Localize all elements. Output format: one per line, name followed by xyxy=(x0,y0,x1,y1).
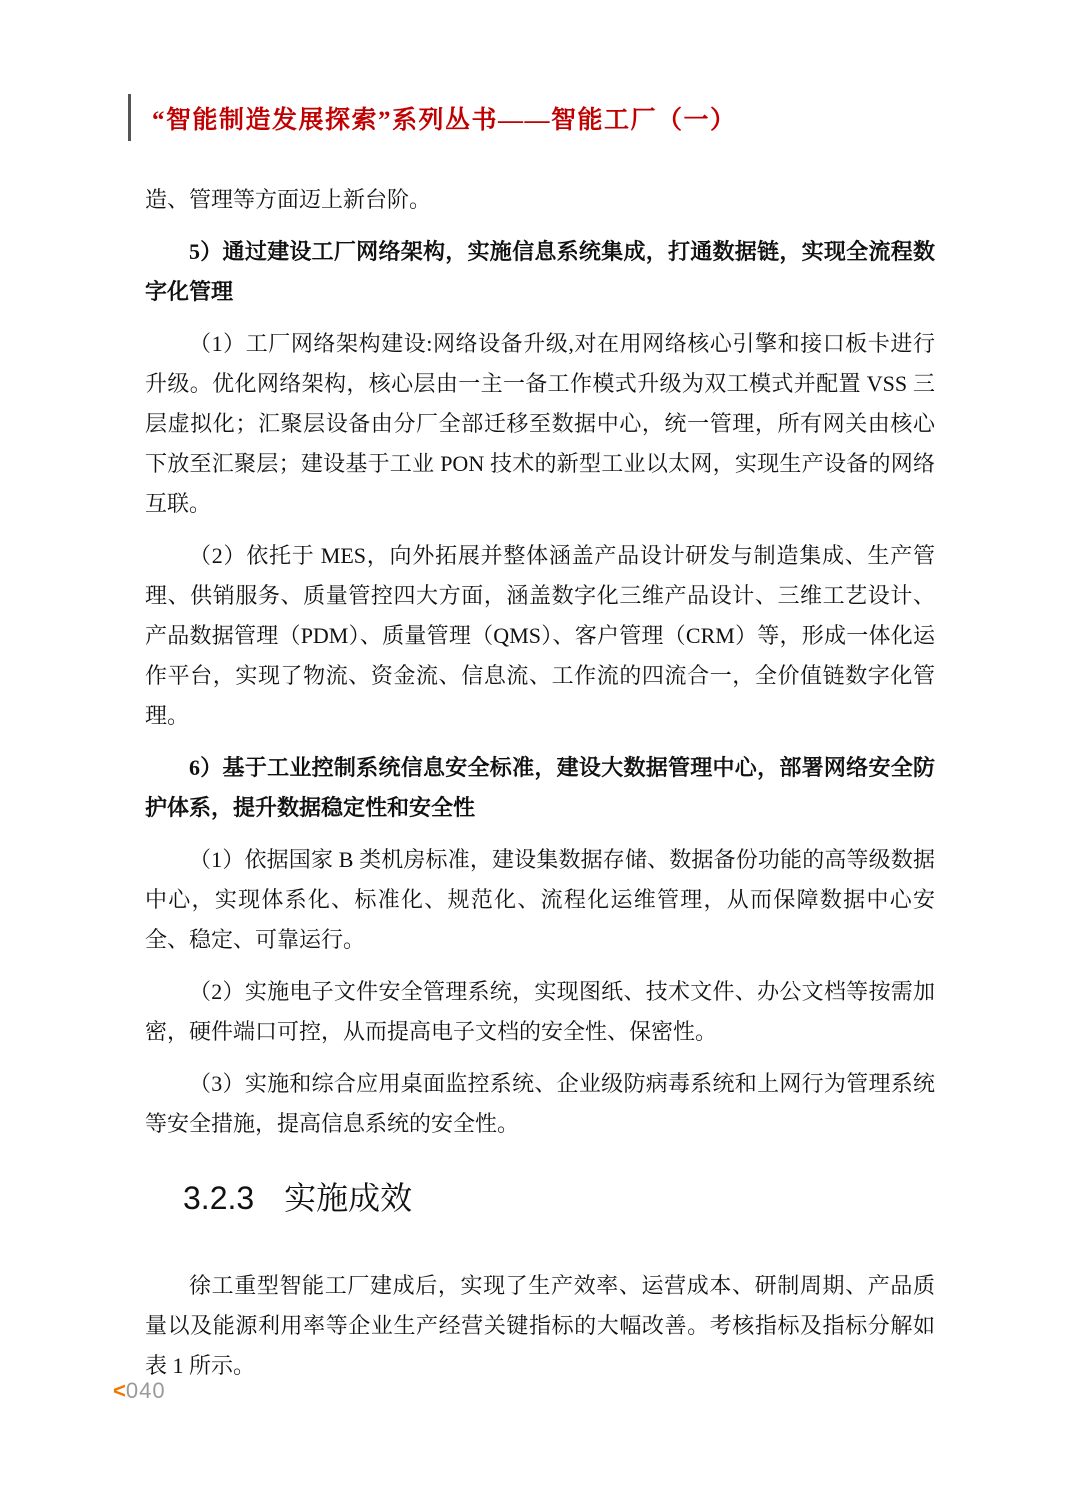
paragraph-5-1: （1）工厂网络架构建设:网络设备升级,对在用网络核心引擎和接口板卡进行升级。优化… xyxy=(145,324,935,524)
series-title: “智能制造发展探索”系列丛书——智能工厂（一） xyxy=(152,100,737,136)
page-header: “智能制造发展探索”系列丛书——智能工厂（一） xyxy=(128,94,737,141)
section-heading: 3.2.3实施成效 xyxy=(183,1176,935,1220)
page-footer: <040 xyxy=(113,1378,166,1404)
subheading-6: 6）基于工业控制系统信息安全标准，建设大数据管理中心，部署网络安全防护体系，提升… xyxy=(145,748,935,828)
paragraph-6-3: （3）实施和综合应用桌面监控系统、企业级防病毒系统和上网行为管理系统等安全措施，… xyxy=(145,1064,935,1144)
closing-paragraph: 徐工重型智能工厂建成后，实现了生产效率、运营成本、研制周期、产品质量以及能源利用… xyxy=(145,1266,935,1386)
page-number: 040 xyxy=(126,1378,166,1403)
paragraph-continuation: 造、管理等方面迈上新台阶。 xyxy=(145,180,935,220)
paragraph-6-2: （2）实施电子文件安全管理系统，实现图纸、技术文件、办公文档等按需加密，硬件端口… xyxy=(145,972,935,1052)
folio-arrow-icon: < xyxy=(113,1378,126,1403)
paragraph-6-1: （1）依据国家 B 类机房标准，建设集数据存储、数据备份功能的高等级数据中心，实… xyxy=(145,840,935,960)
section-title: 实施成效 xyxy=(284,1180,412,1216)
header-vertical-rule xyxy=(128,94,131,141)
book-page: “智能制造发展探索”系列丛书——智能工厂（一） 造、管理等方面迈上新台阶。 5）… xyxy=(0,0,1080,1504)
page-content: 造、管理等方面迈上新台阶。 5）通过建设工厂网络架构，实施信息系统集成，打通数据… xyxy=(145,180,935,1398)
paragraph-5-2: （2）依托于 MES，向外拓展并整体涵盖产品设计研发与制造集成、生产管理、供销服… xyxy=(145,536,935,736)
section-number: 3.2.3 xyxy=(183,1180,254,1216)
subheading-5: 5）通过建设工厂网络架构，实施信息系统集成，打通数据链，实现全流程数字化管理 xyxy=(145,232,935,312)
